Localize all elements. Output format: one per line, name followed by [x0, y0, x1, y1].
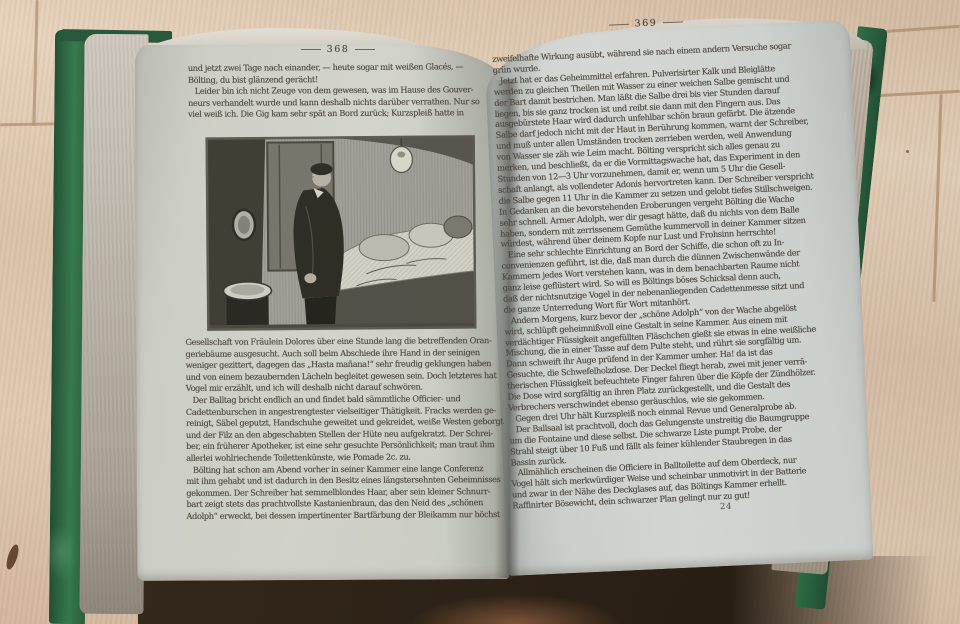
floor-knot: [4, 543, 21, 571]
floor-plank-seam: [932, 94, 942, 302]
text-line: viel weiß ich. Die Gig kam sehr spät an …: [188, 107, 488, 120]
floor-plank-seam: [876, 90, 960, 97]
right-page-paragraph: zweifelhafte Wirkung ausübt, während sie…: [492, 40, 828, 512]
header-rule: [609, 24, 629, 26]
text-line: und von einem bezaubernden Lächeln begle…: [186, 370, 488, 383]
left-page-paragraph-bottom: Gesellschaft von Fräulein Dolores über e…: [185, 335, 488, 522]
header-rule: [355, 49, 375, 51]
left-page-header: 368: [294, 44, 382, 55]
header-rule: [663, 21, 683, 23]
text-line: Adolph“ erweckt, bei dessen impertinente…: [186, 509, 488, 522]
right-page-number: 369: [634, 17, 657, 29]
signature-mark: 24: [720, 502, 732, 512]
text-line: ber, ein früherer Apotheker, ist eine se…: [186, 439, 488, 452]
left-page-paragraph-top: und jetzt zwei Tage nach einander, — heu…: [188, 61, 488, 121]
floor-plank-seam: [32, 0, 38, 126]
cabin-engraving-illustration: [205, 135, 477, 331]
floor-speck: [906, 150, 909, 153]
photo-of-open-book: 368 und jetzt zwei Tage nach einander, —…: [0, 0, 960, 624]
text-line: und jetzt zwei Tage nach einander, — heu…: [188, 61, 488, 74]
left-page-number: 368: [327, 44, 350, 55]
header-rule: [301, 49, 321, 51]
